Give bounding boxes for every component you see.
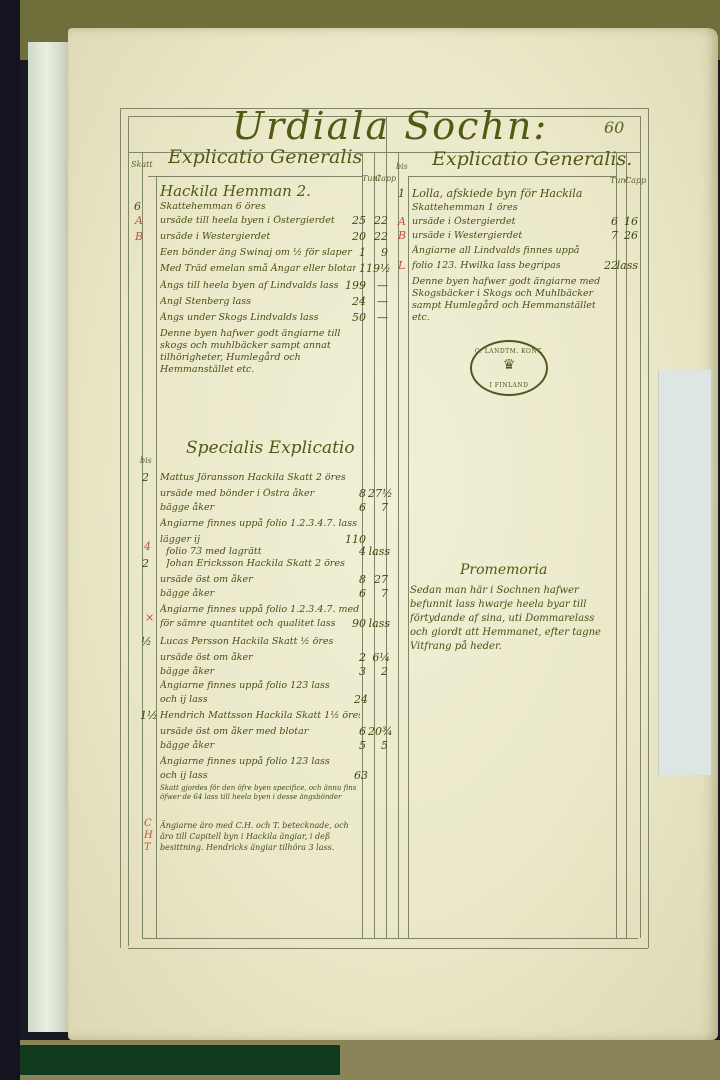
left-general-note: Denne byen hafwer godt ängiarne till sko… xyxy=(160,328,358,376)
entry-text: folio 123. Hwilka lass begripas xyxy=(412,260,604,272)
entry-text: Ängiarne all Lindvalds finnes uppå xyxy=(412,245,612,257)
entry-text: bägge åker xyxy=(160,740,350,752)
entry-margin: 2 xyxy=(142,558,149,570)
entry-tunl: 24 xyxy=(344,296,366,308)
entry-text: Een bönder äng Swinaj om ½ för slaper xyxy=(160,247,356,259)
entry-text: Ängiarne finnes uppå folio 123 lass xyxy=(160,756,360,768)
entry-tunl: 2 xyxy=(344,652,366,664)
entry-margin: A xyxy=(398,216,406,228)
entry-tunl: 1 xyxy=(344,247,366,259)
entry-text: och ij lass xyxy=(160,694,350,706)
right-margin-label: bis xyxy=(396,162,408,171)
entry-text: ursäde öst om åker med blotar xyxy=(160,726,350,738)
specialis-small-note: Skatt gjordes för den öfre byen specific… xyxy=(160,784,360,814)
right-body-top xyxy=(408,176,616,177)
stamp-bottom-text: I FINLAND xyxy=(472,382,546,389)
entry-capp: — xyxy=(366,280,388,292)
entry-tunl: 6 xyxy=(596,216,618,228)
left-capp-header: Capp xyxy=(375,174,396,183)
entry-text: och ij lass xyxy=(160,770,350,782)
entry-tunl: 63 xyxy=(346,770,368,782)
entry-capp: 27 xyxy=(366,574,388,586)
promemoria-text: Sedan man här i Sochnen hafwer befunnit … xyxy=(410,584,610,684)
left-text-rule xyxy=(156,176,157,938)
entry-text: Ängiarne finnes uppå folio 123 lass xyxy=(160,680,360,692)
entry-text: Ängs under Skogs Lindvalds lass xyxy=(160,312,350,324)
entry-tunl: 25 xyxy=(344,215,366,227)
entry-text: Hendrich Mattsson Hackila Skatt 1½ öres xyxy=(160,710,360,722)
parish-title: Urdiala Sochn: xyxy=(232,104,548,148)
right-general-note: Denne byen hafwer godt ängiarne med Skog… xyxy=(412,276,608,326)
right-capp-header: Capp xyxy=(625,176,646,185)
frame-outer-right xyxy=(648,108,649,948)
entry-margin: 2 xyxy=(142,472,149,484)
entry-capp: 22 xyxy=(366,231,388,243)
entry-capp: lass xyxy=(368,546,390,558)
entry-tunl: 3 xyxy=(344,666,366,678)
entry-text: Lucas Persson Hackila Skatt ½ öres xyxy=(160,636,360,648)
left-margin-rule xyxy=(142,152,143,938)
entry-margin: B xyxy=(398,230,406,242)
entry-capp: 27½ xyxy=(368,488,390,500)
entry-tunl: 4 xyxy=(344,546,366,558)
entry-text: ursäde med bönder i Östra åker xyxy=(160,488,350,500)
right-column-header: Explicatio Generalis. xyxy=(432,148,632,170)
entry-tunl: 24 xyxy=(346,694,368,706)
entry-text: ursäde i Westergierdet xyxy=(160,231,356,243)
entry-capp: 19½ xyxy=(366,263,388,275)
specialis-margin-label: bis xyxy=(140,456,152,465)
left-margin-label: Skatt xyxy=(131,160,153,169)
entry-text: bägge åker xyxy=(160,588,350,600)
entry-text: Skattehemman 1 öres xyxy=(412,202,612,214)
entry-capp: lass xyxy=(616,260,638,272)
entry-tunl: 5 xyxy=(344,740,366,752)
folio-number: 60 xyxy=(604,118,624,137)
entry-text: ursäde i Westergierdet xyxy=(412,230,608,242)
scan-backdrop-left xyxy=(0,0,20,1080)
entry-capp: 9 xyxy=(366,247,388,259)
entry-tunl: 8 xyxy=(344,574,366,586)
paper-tab-slip xyxy=(658,370,711,775)
entry-text: Angl Stenberg lass xyxy=(160,296,350,308)
entry-text: ursäde öst om åker xyxy=(160,652,350,664)
entry-text: Lolla, afskiede byn för Hackila xyxy=(412,188,612,200)
entry-text: bägge åker xyxy=(160,666,350,678)
entry-capp: lass xyxy=(368,618,390,630)
frame-outer-bottom xyxy=(128,948,648,949)
entry-margin: L xyxy=(398,260,405,272)
entry-capp: 7 xyxy=(366,588,388,600)
entry-text: Skattehemman 6 öres xyxy=(160,201,360,213)
entry-tunl: 50 xyxy=(344,312,366,324)
stamp-top-text: G. LANDTM. KONT. xyxy=(472,348,546,355)
specialis-heading: Specialis Explicatio xyxy=(186,438,355,458)
entry-text: för sämre quantitet och qualitet lass xyxy=(160,618,350,630)
entry-text: ursäde öst om åker xyxy=(160,574,350,586)
entry-text: ursäde i Östergierdet xyxy=(412,216,608,228)
entry-text: Med Träd emelan små Ängar eller blotar xyxy=(160,263,356,275)
entry-tunl: 7 xyxy=(596,230,618,242)
entry-tunl: 6 xyxy=(344,588,366,600)
entry-margin: 6 xyxy=(134,201,141,213)
closing-margin-mark: CHT xyxy=(144,818,153,854)
entry-margin: B xyxy=(135,231,143,243)
specialis-closing-note: Ängiarne äro med C.H. och T. betecknade,… xyxy=(160,820,360,866)
entry-capp: 22 xyxy=(366,215,388,227)
archive-stamp: G. LANDTM. KONT. ♛ I FINLAND xyxy=(470,340,548,396)
entry-text: lägger ij xyxy=(160,534,350,546)
entry-margin: × xyxy=(145,612,154,624)
entry-capp: 7 xyxy=(366,502,388,514)
entry-tunl: 6 xyxy=(344,502,366,514)
entry-margin: A xyxy=(135,215,143,227)
frame-inner-right xyxy=(640,116,641,938)
left-column-header: Explicatio Generalis xyxy=(168,146,362,168)
village-heading: Hackila Hemman 2. xyxy=(160,182,311,200)
entry-margin: ½ xyxy=(141,636,152,648)
entry-text: Ängs till heela byen af Lindvalds lass xyxy=(160,280,350,292)
right-text-rule xyxy=(408,176,409,938)
entry-capp: 5 xyxy=(366,740,388,752)
entry-capp: 6¼ xyxy=(368,652,390,664)
entry-capp: 20¾ xyxy=(368,726,390,738)
entry-tunl: 20 xyxy=(344,231,366,243)
entry-text: ursäde till heela byen i Östergierdet xyxy=(160,215,356,227)
entry-margin: 4 xyxy=(144,541,151,553)
entry-tunl: 1 xyxy=(344,263,366,275)
entry-tunl: 199 xyxy=(344,280,366,292)
entry-text: Johan Ericksson Hackila Skatt 2 öres xyxy=(166,558,360,570)
entry-margin: 1½ xyxy=(140,710,158,722)
entry-text: Ängiarne finnes uppå folio 1.2.3.4.7. la… xyxy=(160,518,360,530)
entry-margin: 1 xyxy=(398,188,405,200)
frame-inner-bottom xyxy=(142,938,638,939)
frame-outer-left xyxy=(120,108,121,948)
entry-capp: 16 xyxy=(616,216,638,228)
crown-eagle-icon: ♛ xyxy=(472,357,546,373)
entry-capp: — xyxy=(366,296,388,308)
entry-tunl: 6 xyxy=(344,726,366,738)
frame-inner-left xyxy=(128,116,129,946)
entry-capp: 26 xyxy=(616,230,638,242)
entry-text: bägge åker xyxy=(160,502,350,514)
entry-tunl: 22 xyxy=(596,260,618,272)
left-body-top xyxy=(148,176,362,177)
entry-capp: — xyxy=(366,312,388,324)
entry-text: Ängiarne finnes uppå folio 1.2.3.4.7. me… xyxy=(160,604,360,616)
entry-text: folio 73 med lagrätt xyxy=(166,546,350,558)
entry-text: Mattus Jöransson Hackila Skatt 2 öres xyxy=(160,472,360,484)
scan-backdrop-bottom-dark xyxy=(20,1045,340,1075)
entry-tunl: 90 xyxy=(344,618,366,630)
promemoria-heading: Promemoria xyxy=(460,562,547,578)
entry-capp: 2 xyxy=(366,666,388,678)
entry-tunl: 8 xyxy=(344,488,366,500)
